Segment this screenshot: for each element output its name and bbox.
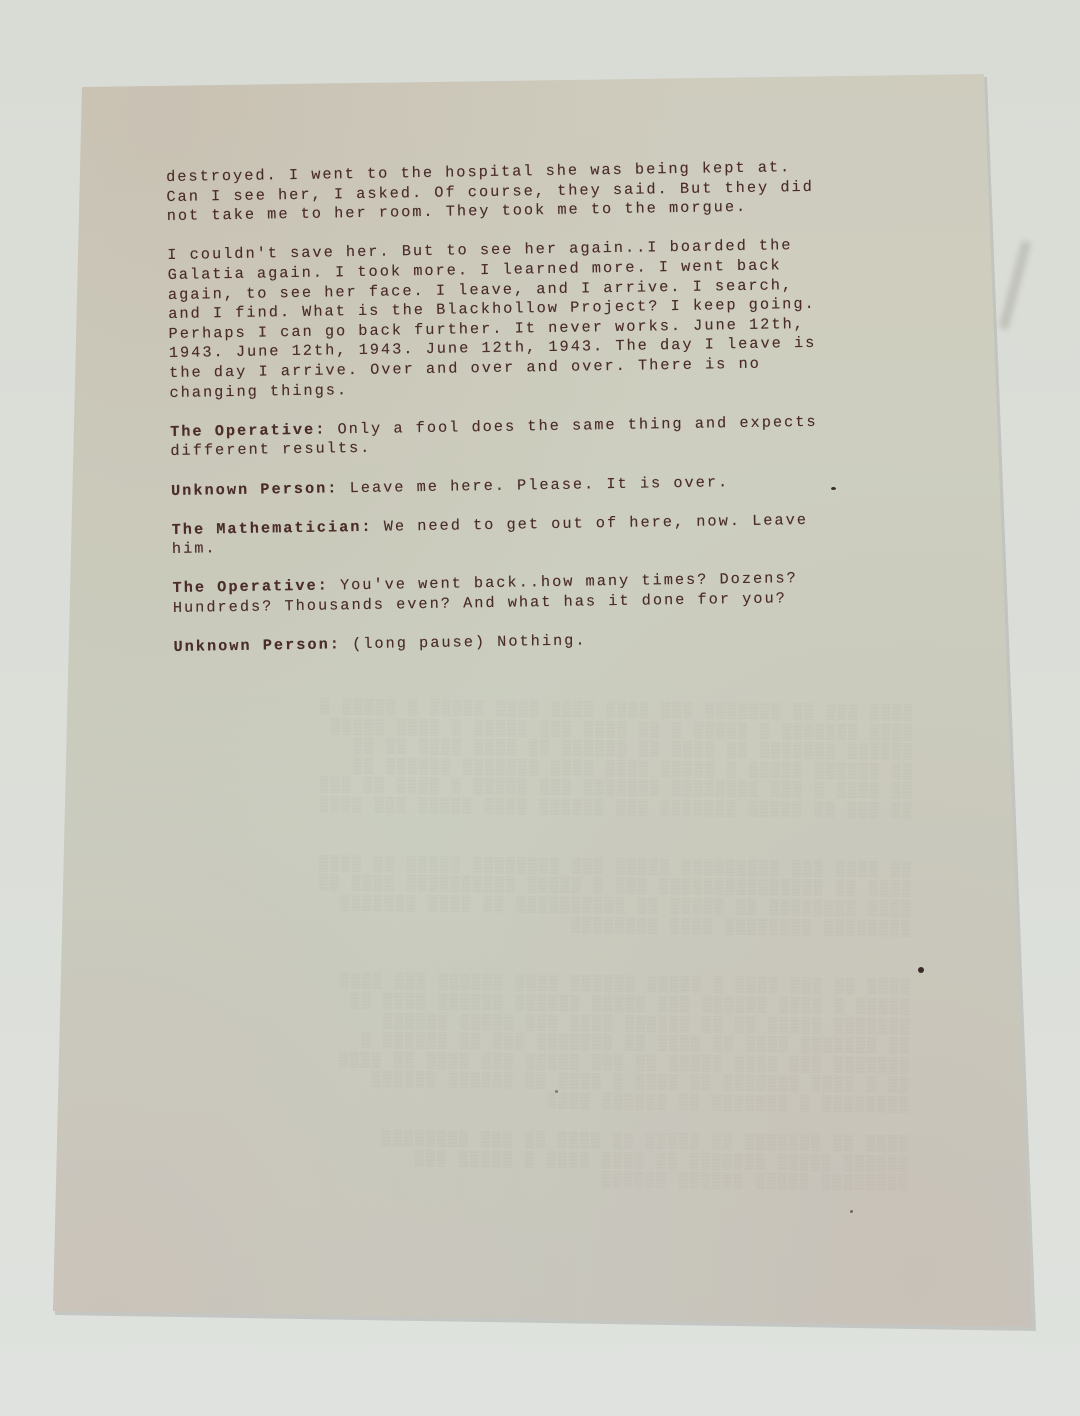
dialogue-line: Unknown Person: Leave me here. Please. I… — [171, 470, 911, 501]
paragraph-text: destroyed. I went to the hospital she wa… — [166, 158, 814, 225]
paragraph: I couldn't save her. But to see her agai… — [167, 235, 909, 403]
ink-speck — [850, 1210, 853, 1213]
dialogue-line: The Mathematician: We need to get out of… — [172, 509, 913, 560]
paragraph: destroyed. I went to the hospital she wa… — [166, 156, 907, 226]
speaker-label: Unknown Person: — [171, 479, 339, 500]
bleed-through-text: ▒▒▒▒ ▒▒▒ ▒▒ ▒▒▒▒▒▒▒ ▒▒▒ ▒▒▒▒ ▒▒▒▒ ▒▒▒▒ ▒… — [167, 696, 912, 1194]
ink-speck — [918, 967, 924, 973]
ink-speck — [831, 487, 836, 490]
dialogue-text: (long pause) Nothing. — [341, 632, 587, 654]
ink-speck — [555, 1090, 558, 1093]
paper-crease — [999, 240, 1032, 330]
speaker-label: The Operative: — [172, 577, 329, 597]
dialogue-line: The Operative: Only a fool does the same… — [170, 411, 911, 462]
speaker-label: The Operative: — [170, 420, 327, 440]
dialogue-text: Leave me here. Please. It is over. — [338, 473, 729, 497]
speaker-label: Unknown Person: — [173, 636, 341, 657]
dialogue-line: Unknown Person: (long pause) Nothing. — [173, 627, 913, 658]
dialogue-line: The Operative: You've went back..how man… — [172, 568, 913, 619]
paragraph-text: I couldn't save her. But to see her agai… — [167, 237, 816, 402]
speaker-label: The Mathematician: — [172, 517, 373, 538]
document-body: destroyed. I went to the hospital she wa… — [166, 156, 914, 677]
